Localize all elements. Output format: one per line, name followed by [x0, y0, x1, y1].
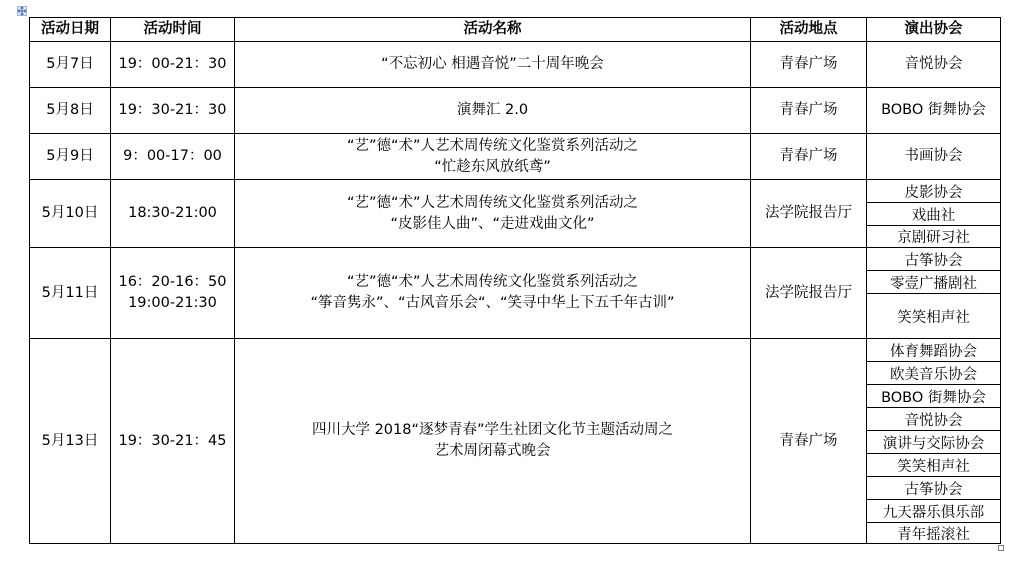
cell-association: 笑笑相声社 — [867, 454, 1000, 476]
header-associations: 演出协会 — [867, 18, 1000, 41]
cell-date: 5月8日 — [30, 88, 110, 133]
time-line: 16：20-16：50 — [118, 272, 226, 293]
cell-activity-name: “不忘初心 相遇音悦”二十周年晚会 — [235, 42, 750, 87]
cell-time: 16：20-16：50 19:00-21:30 — [111, 248, 234, 338]
header-location: 活动地点 — [751, 18, 866, 41]
cell-association: 欧美音乐协会 — [867, 362, 1000, 384]
cell-date: 5月9日 — [30, 134, 110, 179]
cell-activity-name: “艺”德“术”人艺术周传统文化鉴赏系列活动之 “忙趁东风放纸鸢” — [235, 134, 750, 179]
cell-location: 法学院报告厅 — [751, 248, 866, 338]
cell-association: 京剧研习社 — [867, 226, 1000, 247]
cell-activity-name: 演舞汇 2.0 — [235, 88, 750, 133]
cell-location: 法学院报告厅 — [751, 180, 866, 247]
cell-association: 音悦协会 — [867, 408, 1000, 430]
cell-association: 体育舞蹈协会 — [867, 339, 1000, 361]
cell-date: 5月10日 — [30, 180, 110, 247]
cell-association: 九天器乐俱乐部 — [867, 500, 1000, 522]
cell-association: 笑笑相声社 — [867, 294, 1000, 338]
header-time: 活动时间 — [111, 18, 234, 41]
cell-activity-name: “艺”德“术”人艺术周传统文化鉴赏系列活动之 “筝音隽永”、“古风音乐会“、“笑… — [235, 248, 750, 338]
cell-association: 古筝协会 — [867, 477, 1000, 499]
activity-name-line: “艺”德“术”人艺术周传统文化鉴赏系列活动之 — [347, 193, 638, 214]
activity-name-line: “艺”德“术”人艺术周传统文化鉴赏系列活动之 — [347, 136, 638, 157]
activity-name-line: 艺术周闭幕式晚会 — [434, 441, 550, 462]
cell-location: 青春广场 — [751, 339, 866, 543]
cell-association: 演讲与交际协会 — [867, 431, 1000, 453]
cell-activity-name: 四川大学 2018“逐梦青春”学生社团文化节主题活动周之 艺术周闭幕式晚会 — [235, 339, 750, 543]
cell-location: 青春广场 — [751, 134, 866, 179]
header-date: 活动日期 — [30, 18, 110, 41]
table-resize-handle-icon[interactable] — [998, 545, 1004, 551]
cell-association: 古筝协会 — [867, 248, 1000, 270]
cell-association: 书画协会 — [867, 134, 1000, 179]
cell-time: 19：30-21：30 — [111, 88, 234, 133]
header-name: 活动名称 — [235, 18, 750, 41]
time-line: 19:00-21:30 — [128, 293, 217, 314]
cell-date: 5月13日 — [30, 339, 110, 543]
cell-location: 青春广场 — [751, 88, 866, 133]
cell-location: 青春广场 — [751, 42, 866, 87]
cell-association: 皮影协会 — [867, 180, 1000, 202]
cell-association: 青年摇滚社 — [867, 523, 1000, 543]
table-move-handle-icon[interactable] — [17, 6, 27, 16]
activity-name-line: “忙趁东风放纸鸢” — [434, 157, 551, 178]
cell-activity-name: “艺”德“术”人艺术周传统文化鉴赏系列活动之 “皮影佳人曲”、“走进戏曲文化” — [235, 180, 750, 247]
cell-date: 5月7日 — [30, 42, 110, 87]
activity-schedule-table: 活动日期 活动时间 活动名称 活动地点 演出协会 5月7日 19：00-21：3… — [29, 17, 1001, 544]
cell-time: 19：00-21：30 — [111, 42, 234, 87]
cell-time: 18:30-21:00 — [111, 180, 234, 247]
cell-association: BOBO 街舞协会 — [867, 385, 1000, 407]
cell-association: 零壹广播剧社 — [867, 271, 1000, 293]
cell-association: BOBO 街舞协会 — [867, 88, 1000, 133]
cell-association: 音悦协会 — [867, 42, 1000, 87]
activity-name-line: “艺”德“术”人艺术周传统文化鉴赏系列活动之 — [347, 272, 638, 293]
cell-date: 5月11日 — [30, 248, 110, 338]
activity-name-line: “皮影佳人曲”、“走进戏曲文化” — [390, 214, 594, 235]
cell-time: 9：00-17：00 — [111, 134, 234, 179]
activity-name-line: “筝音隽永”、“古风音乐会“、“笑寻中华上下五千年古训” — [310, 293, 674, 314]
cell-time: 19：30-21：45 — [111, 339, 234, 543]
activity-name-line: 四川大学 2018“逐梦青春”学生社团文化节主题活动周之 — [312, 420, 673, 441]
cell-association: 戏曲社 — [867, 203, 1000, 225]
